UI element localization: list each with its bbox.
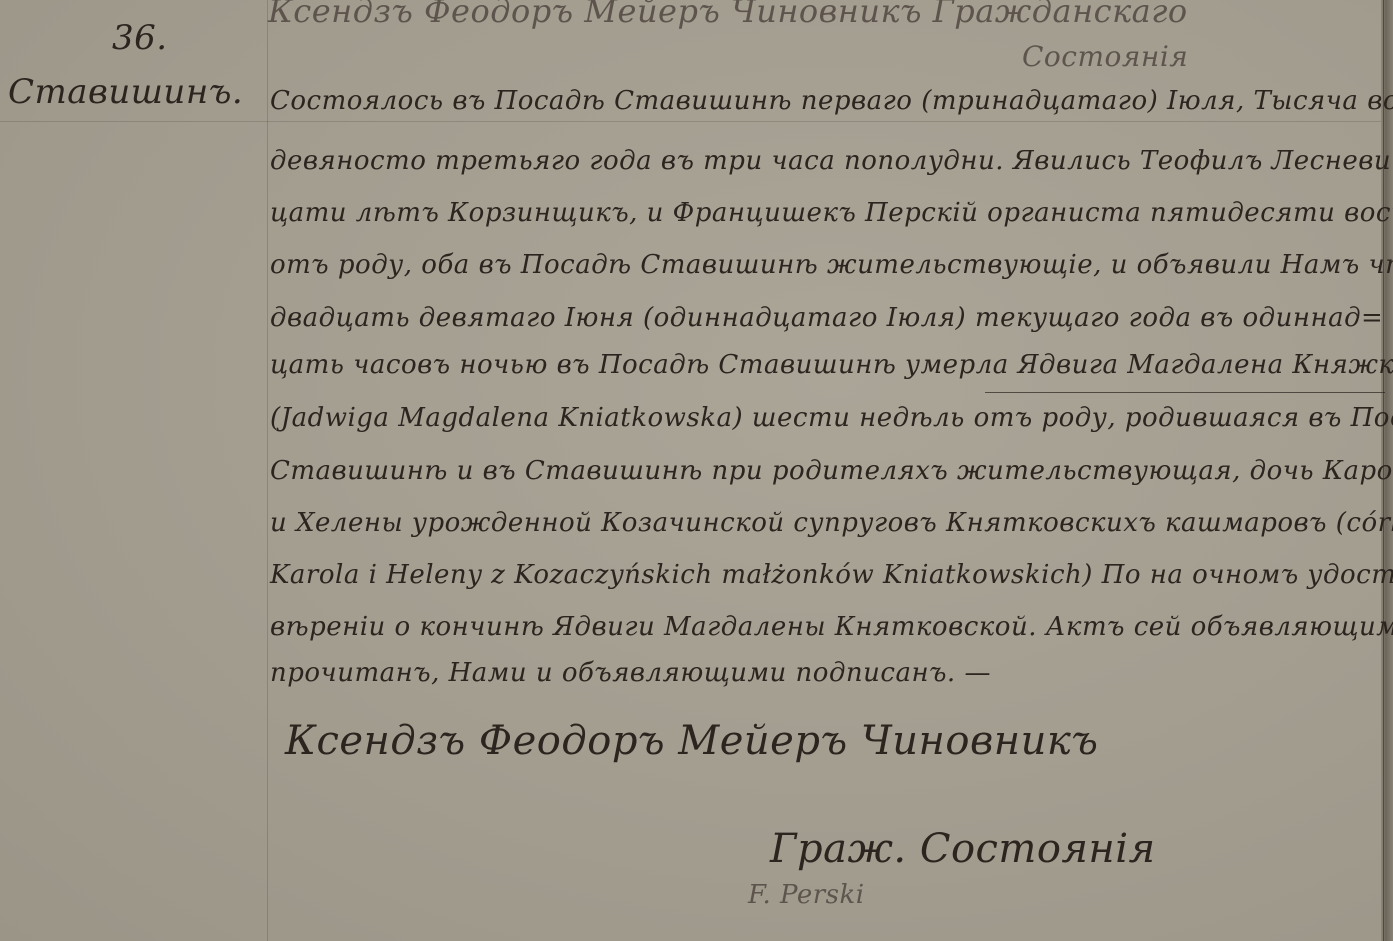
body-line-10: Karola i Heleny z Kozaczyńskich małżonkó… <box>270 560 1393 590</box>
body-line-4: отъ роду, оба въ Посадѣ Ставишинѣ житель… <box>270 250 1393 280</box>
name-underline <box>985 392 1385 393</box>
baseline-rule <box>0 121 1381 122</box>
signature-officiant-line2: Граж. Состоянія <box>770 826 1156 872</box>
body-line-1: Состоялось въ Посадѣ Ставишинѣ перваго (… <box>270 86 1393 116</box>
body-line-5: двадцать девятаго Іюня (одиннадцатаго Ію… <box>270 303 1383 333</box>
body-line-6: цать часовъ ночью въ Посадѣ Ставишинѣ ум… <box>270 350 1393 380</box>
body-line-12: прочитанъ, Нами и объявляющими подписанъ… <box>270 658 991 688</box>
body-line-9: и Хелены урожденной Козачинской супругов… <box>270 508 1393 538</box>
body-line-8: Ставишинѣ и въ Ставишинѣ при родителяхъ … <box>270 456 1393 486</box>
margin-rule <box>267 0 268 941</box>
signature-officiant-line1: Ксендзъ Феодоръ Мейеръ Чиновникъ <box>285 718 1098 764</box>
header-office: Состоянія <box>1022 40 1188 73</box>
entry-number: 36. <box>112 18 168 58</box>
margin-place-name: Ставишинъ. <box>8 72 243 112</box>
signature-witness: F. Perski <box>748 880 865 910</box>
body-line-3: цати лѣтъ Корзинщикъ, и Францишекъ Перск… <box>270 198 1393 228</box>
body-line-2: девяносто третьяго года въ три часа попо… <box>270 146 1393 176</box>
body-line-7: (Jadwiga Magdalena Kniatkowska) шести не… <box>270 403 1393 433</box>
header-officiant: Ксендзъ Феодоръ Мейеръ Чиновникъ Граждан… <box>268 0 1188 30</box>
body-line-11: вѣреніи о кончинѣ Ядвиги Магдалены Княтк… <box>270 612 1393 642</box>
registry-page: Ксендзъ Феодоръ Мейеръ Чиновникъ Граждан… <box>0 0 1393 941</box>
